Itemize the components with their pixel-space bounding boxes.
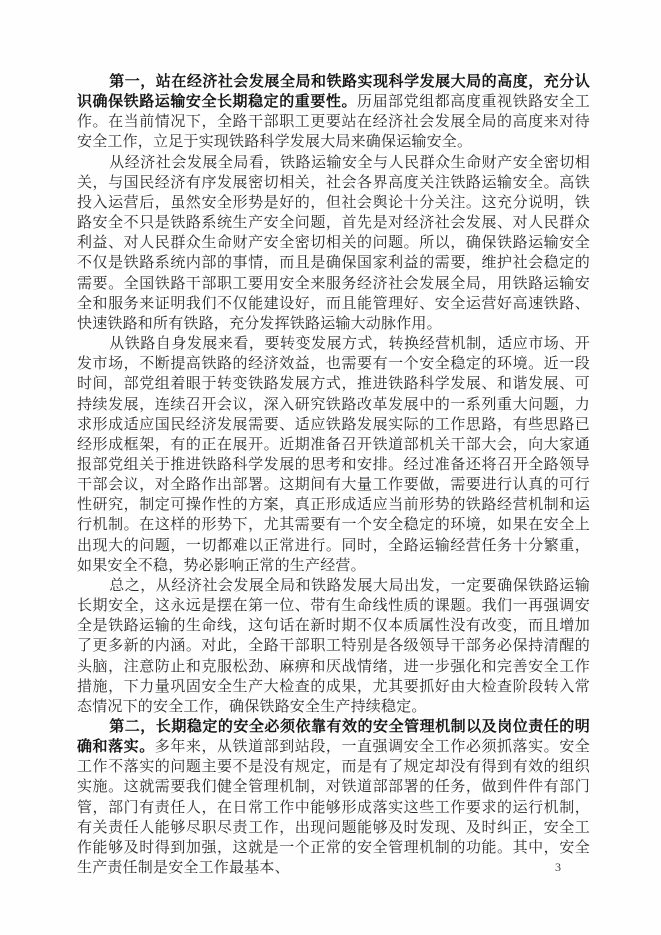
paragraph-4-text: 总之，从经济社会发展全局和铁路发展大局出发，一定要确保铁路运输长期安全，这永远是… [77,578,590,715]
paragraph-5: 第二，长期稳定的安全必须依靠有效的安全管理机制以及岗位责任的明确和落实。多年来，… [77,717,590,878]
paragraph-4: 总之，从经济社会发展全局和铁路发展大局出发，一定要确保铁路运输长期安全，这永远是… [77,576,590,717]
document-page: 第一，站在经济社会发展全局和铁路实现科学发展大局的高度，充分认识确保铁路运输安全… [0,0,661,935]
paragraph-2: 从经济社会发展全局看，铁路运输安全与人民群众生命财产安全密切相关，与国民经济有序… [77,153,590,334]
page-number: 3 [550,860,566,875]
document-text-block: 第一，站在经济社会发展全局和铁路实现科学发展大局的高度，充分认识确保铁路运输安全… [77,72,590,878]
paragraph-5-text: 多年来，从铁道部到站段，一直强调安全工作必须抓落实。安全工作不落实的问题主要不是… [77,739,590,876]
paragraph-2-text: 从经济社会发展全局看，铁路运输安全与人民群众生命财产安全密切相关，与国民经济有序… [77,155,590,332]
paragraph-1: 第一，站在经济社会发展全局和铁路实现科学发展大局的高度，充分认识确保铁路运输安全… [77,72,590,153]
paragraph-3: 从铁路自身发展来看，要转变发展方式，转换经营机制，适应市场、开发市场，不断提高铁… [77,334,590,576]
paragraph-3-text: 从铁路自身发展来看，要转变发展方式，转换经营机制，适应市场、开发市场，不断提高铁… [77,336,590,574]
